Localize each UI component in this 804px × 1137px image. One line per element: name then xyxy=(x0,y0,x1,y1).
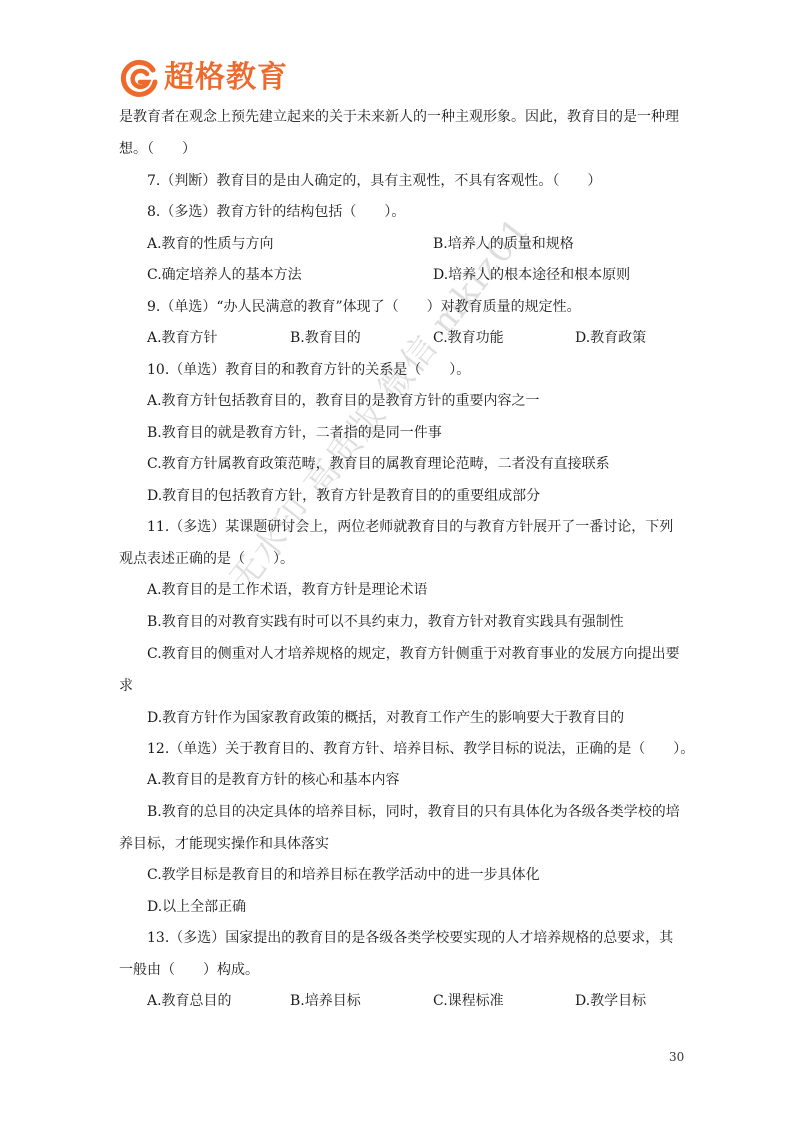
paragraph-line: 想。（ ） xyxy=(119,139,196,159)
option-b-cont: 养目标，才能现实操作和具体落实 xyxy=(119,834,329,854)
option-c: C.教育目的侧重对人才培养规格的规定，教育方针侧重于对教育事业的发展方向提出要 xyxy=(147,644,680,664)
question-10: 10.（单选）教育目的和教育方针的关系是（ ）。 xyxy=(147,360,470,380)
option-b: B.教育目的 xyxy=(290,328,361,348)
option-b: B.教育的总目的决定具体的培养目标，同时，教育目的只有具体化为各级各类学校的培 xyxy=(147,802,680,822)
option-c: C.教学目标是教育目的和培养目标在教学活动中的进一步具体化 xyxy=(147,865,540,885)
option-b: B.教育目的对教育实践有时可以不具约束力，教育方针对教育实践具有强制性 xyxy=(147,612,624,632)
question-12: 12.（单选）关于教育目的、教育方针、培养目标、教学目标的说法，正确的是（ ）。 xyxy=(147,739,694,759)
page-number: 30 xyxy=(669,1050,684,1064)
question-7: 7.（判断）教育目的是由人确定的，具有主观性，不具有客观性。（ ） xyxy=(147,171,601,191)
option-d: D.教育目的包括教育方针，教育方针是教育目的的重要组成部分 xyxy=(147,486,540,506)
paragraph-line: 是教育者在观念上预先建立起来的关于未来新人的一种主观形象。因此，教育目的是一种理 xyxy=(119,107,679,127)
option-d: D.教学目标 xyxy=(575,991,646,1011)
option-a: A.教育方针包括教育目的，教育目的是教育方针的重要内容之一 xyxy=(147,391,540,411)
option-b: B.培养目标 xyxy=(290,991,361,1011)
option-d: D.以上全部正确 xyxy=(147,897,246,917)
question-13: 13.（多选）国家提出的教育目的是各级各类学校要实现的人才培养规格的总要求，其 xyxy=(147,928,673,948)
question-13-cont: 一般由（ ）构成。 xyxy=(119,960,259,980)
option-b: B.教育目的就是教育方针，二者指的是同一件事 xyxy=(147,423,442,443)
option-c: C.教育功能 xyxy=(433,328,504,348)
option-a: A.教育目的是工作术语，教育方针是理论术语 xyxy=(147,580,428,600)
option-a: A.教育方针 xyxy=(147,328,218,348)
option-a: A.教育目的是教育方针的核心和基本内容 xyxy=(147,770,400,790)
option-d: D.教育政策 xyxy=(575,328,646,348)
option-d: D.培养人的根本途径和根本原则 xyxy=(433,265,630,285)
option-c: C.课程标准 xyxy=(433,991,504,1011)
option-d: D.教育方针作为国家教育政策的概括，对教育工作产生的影响要大于教育目的 xyxy=(147,708,624,728)
option-a: A.教育总目的 xyxy=(147,991,232,1011)
option-c-cont: 求 xyxy=(119,676,133,696)
question-8: 8.（多选）教育方针的结构包括（ ）。 xyxy=(147,202,405,222)
option-c: C.确定培养人的基本方法 xyxy=(147,265,302,285)
logo-text: 超格教育 xyxy=(164,58,288,98)
question-9: 9.（单选）“办人民满意的教育”体现了（ ）对教育质量的规定性。 xyxy=(147,297,581,317)
question-11-cont: 观点表述正确的是（ ）。 xyxy=(119,549,294,569)
logo-g-icon xyxy=(120,58,160,98)
brand-logo: 超格教育 xyxy=(120,58,288,98)
question-11: 11.（多选）某课题研讨会上，两位老师就教育目的与教育方针展开了一番讨论，下列 xyxy=(147,517,673,537)
option-b: B.培养人的质量和规格 xyxy=(433,234,574,254)
option-c: C.教育方针属教育政策范畴，教育目的属教育理论范畴，二者没有直接联系 xyxy=(147,454,610,474)
option-a: A.教育的性质与方向 xyxy=(147,234,274,254)
